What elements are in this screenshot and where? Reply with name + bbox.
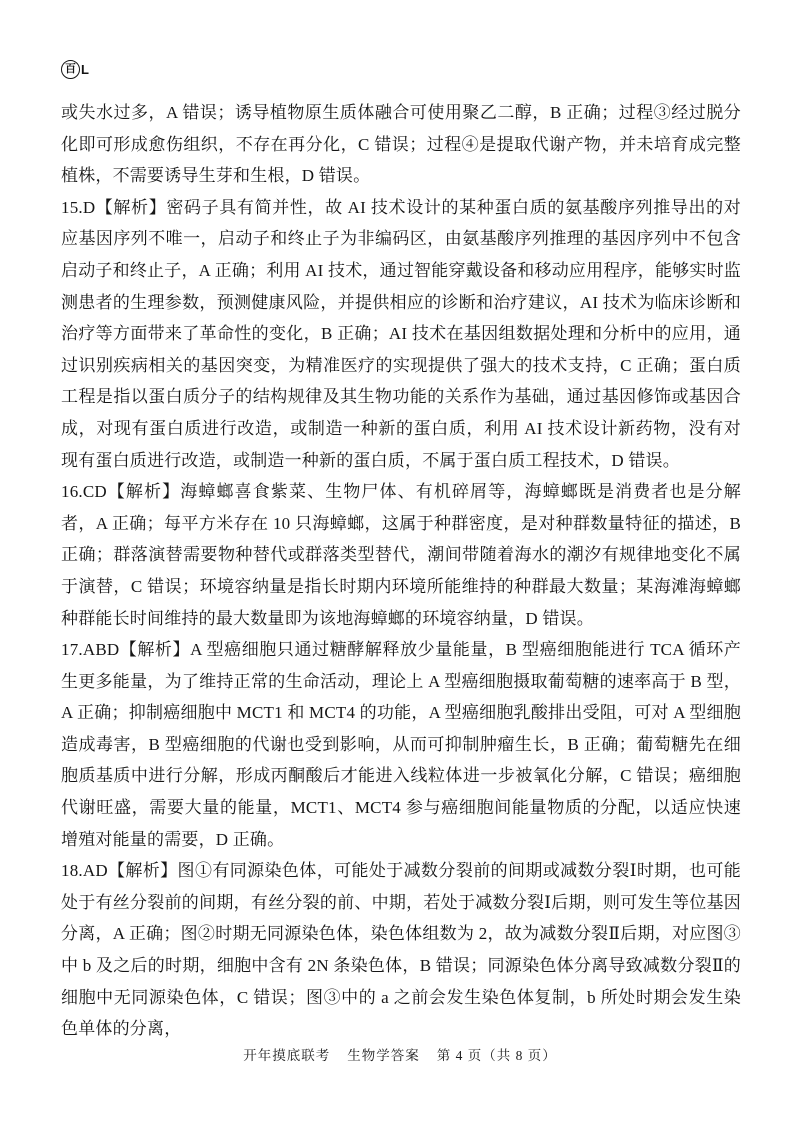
logo-circle-icon: 百 [61, 60, 80, 79]
brand-logo: 百 L [61, 60, 89, 79]
page-footer: 开年摸底联考 生物学答案 第 4 页（共 8 页） [0, 1044, 800, 1064]
footer-subject: 生物学答案 [347, 1044, 420, 1064]
answer-sheet-page: 百 L 或失水过多，A 错误；诱导植物原生质体融合可使用聚乙二醇，B 正确；过程… [0, 0, 800, 1131]
footer-exam-name: 开年摸底联考 [243, 1044, 330, 1064]
answer-paragraph-q15: 15.D【解析】密码子具有简并性，故 AI 技术设计的某种蛋白质的氨基酸序列推导… [61, 192, 741, 476]
answer-paragraph-q16: 16.CD【解析】海蟑螂喜食紫菜、生物尸体、有机碎屑等，海蟑螂既是消费者也是分解… [61, 476, 741, 634]
answer-paragraph-q18: 18.AD【解析】图①有同源染色体，可能处于减数分裂前的间期或减数分裂Ⅰ时期，也… [61, 855, 741, 1045]
answer-paragraph-q14-continuation: 或失水过多，A 错误；诱导植物原生质体融合可使用聚乙二醇，B 正确；过程③经过脱… [61, 97, 741, 192]
logo-suffix-letter: L [81, 62, 89, 77]
footer-page-info: 第 4 页（共 8 页） [437, 1044, 557, 1064]
answer-paragraph-q17: 17.ABD【解析】A 型癌细胞只通过糖酵解释放少量能量，B 型癌细胞能进行 T… [61, 634, 741, 855]
answer-content: 或失水过多，A 错误；诱导植物原生质体融合可使用聚乙二醇，B 正确；过程③经过脱… [61, 97, 741, 1045]
